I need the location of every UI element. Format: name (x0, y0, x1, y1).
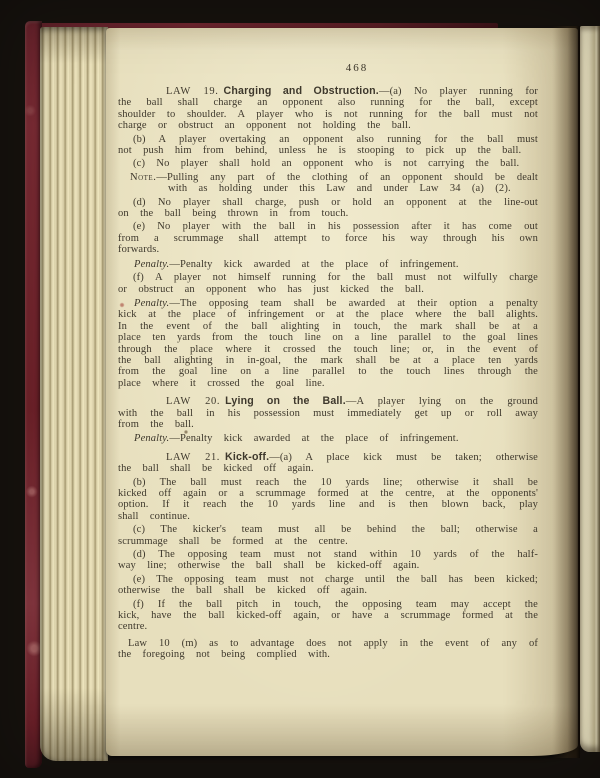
page-number: 468 (147, 62, 567, 74)
paragraph: Note.—Pulling any part of the clothing o… (118, 172, 538, 195)
paragraph: (d) No player shall charge, push or hold… (118, 197, 538, 220)
paragraph-lead: Penalty. (134, 259, 169, 270)
paragraph-lead: Note. (130, 172, 156, 183)
paragraph-text: (c) The kicker's team must all be behind… (118, 524, 538, 546)
fanned-page-edges (40, 27, 108, 761)
paragraph-text: (f) If the ball pitch in touch, the oppo… (118, 599, 538, 633)
paragraph-text: —Penalty kick awarded at the place of in… (169, 259, 458, 270)
page-paragraphs: LAW 19.Charging and Obstruction.—(a) No … (118, 86, 538, 661)
paragraph-lead: Penalty. (134, 433, 169, 444)
paragraph: LAW 20.Lying on the Ball.—A player lying… (118, 396, 538, 430)
paragraph: (c) No player shall hold an opponent who… (118, 158, 538, 169)
paragraph-text: (f) A player not himself running for the… (118, 272, 538, 294)
paragraph: (f) If the ball pitch in touch, the oppo… (118, 599, 538, 633)
paragraph: (e) The opposing team must not charge un… (118, 574, 538, 597)
paragraph-lead: Penalty. (134, 298, 169, 309)
paragraph: (c) The kicker's team must all be behind… (118, 524, 538, 547)
paragraph: (b) A player overtaking an opponent also… (118, 134, 538, 157)
page-text-column: 468 LAW 19.Charging and Obstruction.—(a)… (118, 62, 538, 661)
paragraph: Penalty.—Penalty kick awarded at the pla… (118, 433, 538, 444)
paragraph-lead: LAW 20. (166, 396, 220, 407)
paragraph-text: (d) The opposing team must not stand wit… (118, 549, 538, 571)
paragraph-lead: LAW 21. (166, 452, 220, 463)
paragraph-text: —Pulling any part of the clothing of an … (156, 172, 538, 194)
adjacent-page-sliver (580, 26, 600, 752)
paragraph-text: —Penalty kick awarded at the place of in… (169, 433, 458, 444)
page-gutter-shadow (552, 26, 580, 758)
paragraph: (e) No player with the ball in his posse… (118, 221, 538, 255)
paragraph-text: —The opposing team shall be awarded at t… (118, 298, 538, 389)
paragraph-text: (e) The opposing team must not charge un… (118, 574, 538, 596)
paragraph-text: (c) No player shall hold an opponent who… (133, 158, 519, 169)
paragraph-heading: Kick-off. (225, 451, 269, 463)
paragraph: LAW 21.Kick-off.—(a) A place kick must b… (118, 452, 538, 475)
paragraph-lead: LAW 19. (166, 86, 218, 97)
paragraph: Law 10 (m) as to advantage does not appl… (118, 638, 538, 661)
paragraph-text: (d) No player shall charge, push or hold… (118, 197, 538, 219)
paragraph: (b) The ball must reach the 10 yards lin… (118, 477, 538, 523)
paragraph-text: (e) No player with the ball in his posse… (118, 221, 538, 255)
paragraph-text: (b) A player overtaking an opponent also… (118, 134, 538, 156)
book-page: 468 LAW 19.Charging and Obstruction.—(a)… (106, 28, 578, 756)
paragraph-heading: Charging and Obstruction. (223, 85, 378, 97)
book-photograph: 468 LAW 19.Charging and Obstruction.—(a)… (0, 0, 600, 778)
paragraph: (d) The opposing team must not stand wit… (118, 549, 538, 572)
paragraph-text: Law 10 (m) as to advantage does not appl… (118, 638, 538, 660)
paragraph-text: (b) The ball must reach the 10 yards lin… (118, 477, 538, 522)
paragraph: LAW 19.Charging and Obstruction.—(a) No … (118, 86, 538, 132)
paragraph-heading: Lying on the Ball. (225, 395, 346, 407)
paragraph: Penalty.—Penalty kick awarded at the pla… (118, 259, 538, 270)
paragraph: Penalty.—The opposing team shall be awar… (118, 298, 538, 389)
paragraph: (f) A player not himself running for the… (118, 272, 538, 295)
